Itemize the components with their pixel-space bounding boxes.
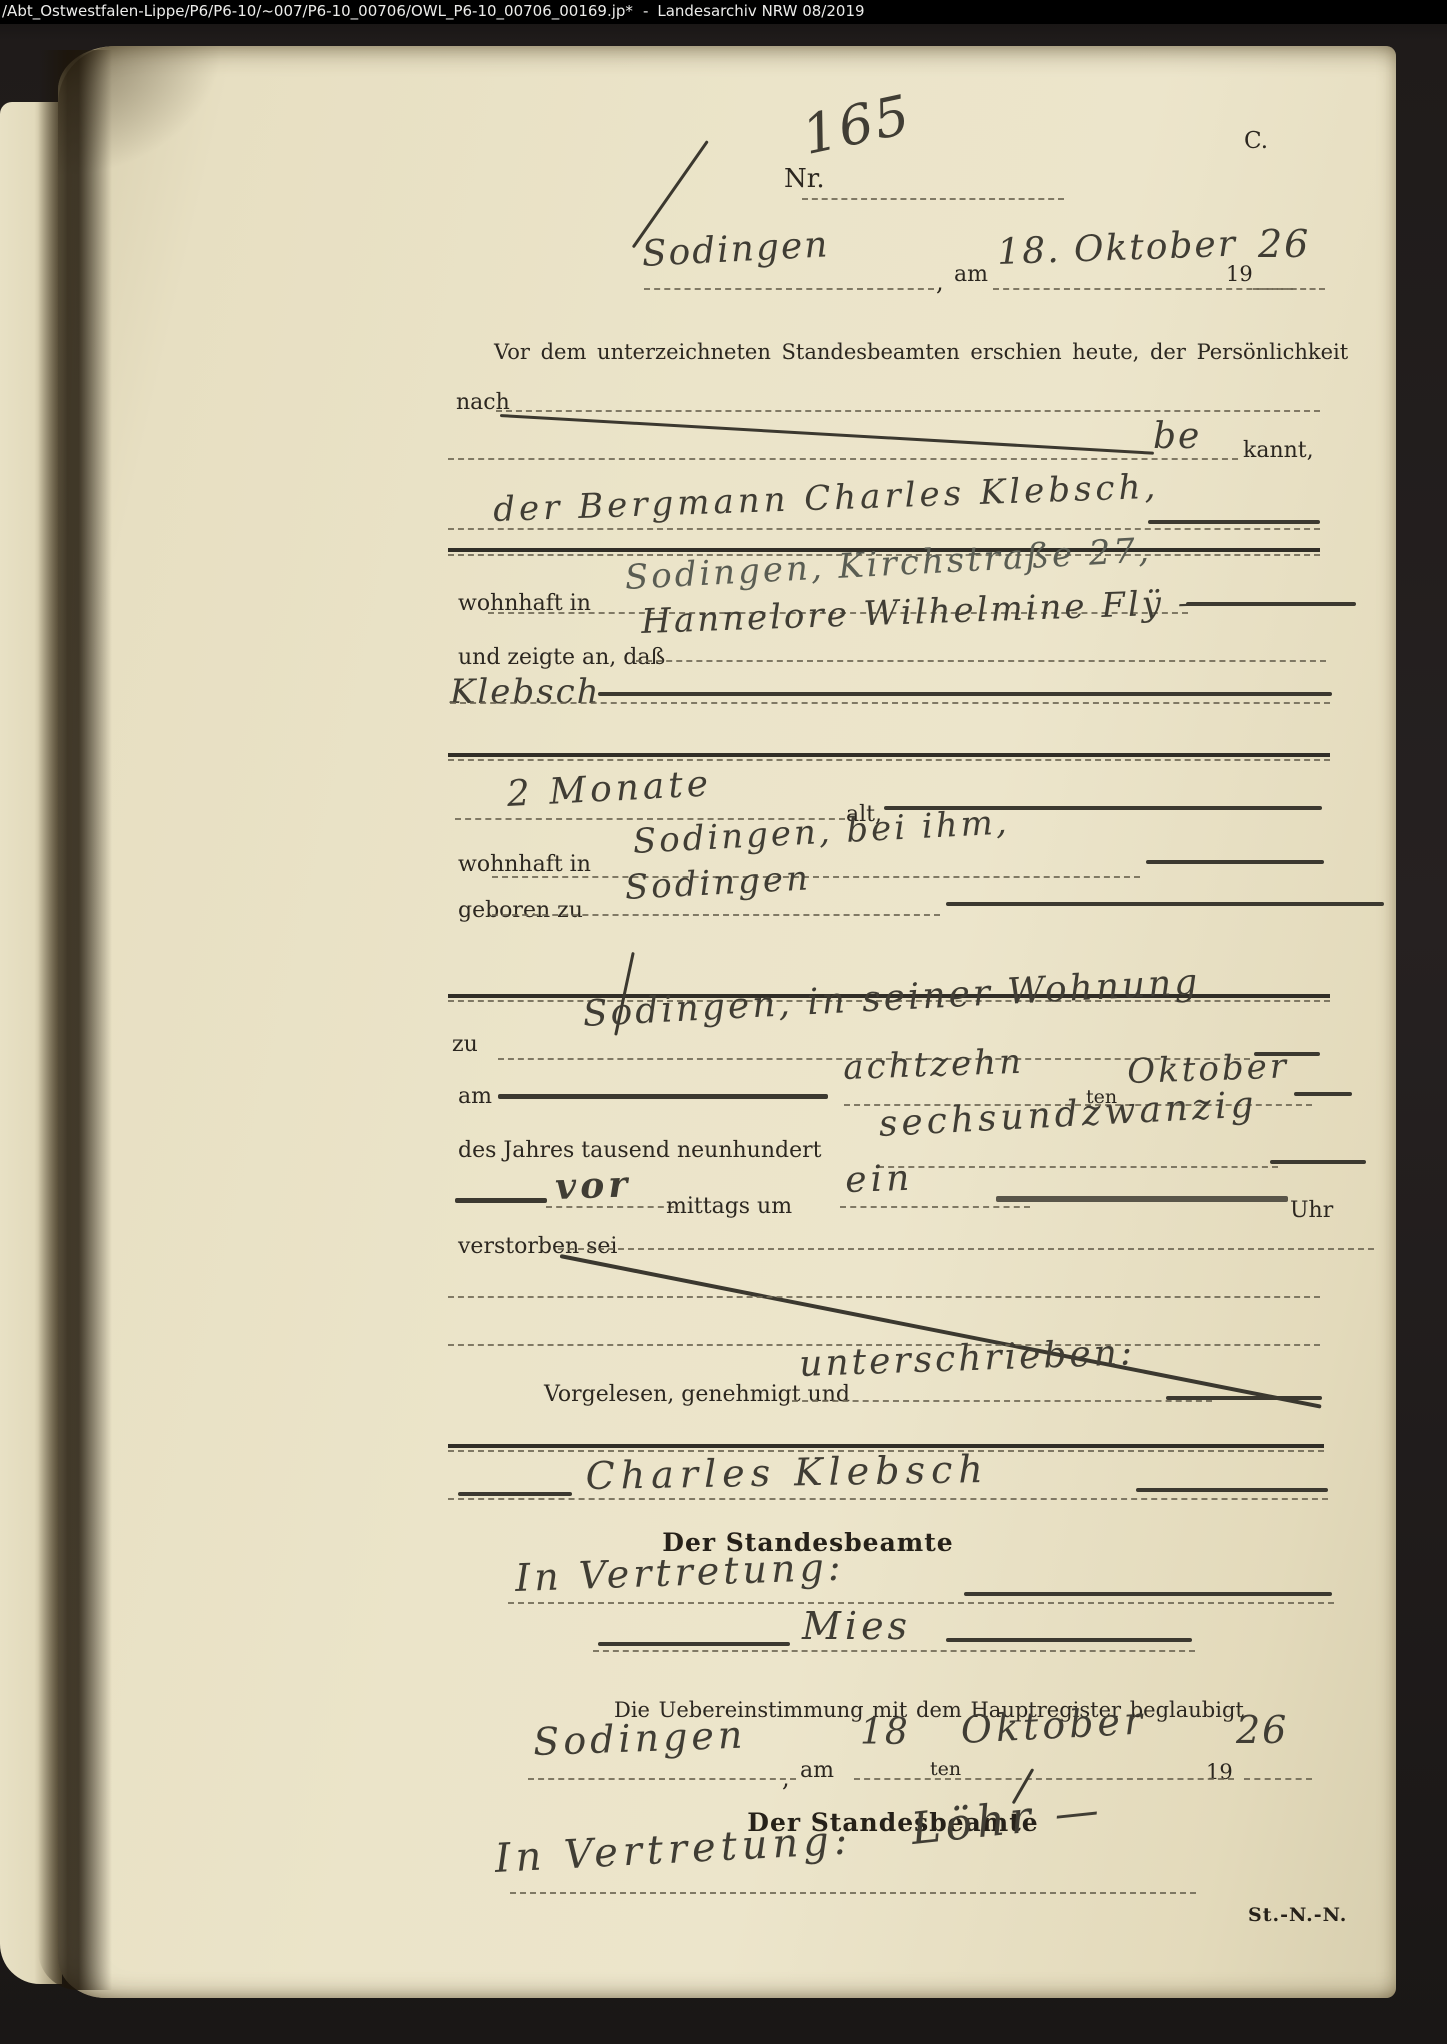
ink-fill-line [458,1492,572,1496]
dashed-line [1253,288,1325,290]
dashed-line [993,288,1293,290]
page-corner-curl [58,46,228,181]
ink-fill-line [1136,1488,1328,1492]
unterschrieben-handwritten: unterschrieben: [799,1332,1136,1385]
ink-fill-line [946,1638,1192,1642]
deceased-name-line2: Klebsch [450,672,601,712]
am2-label: am [458,1084,492,1109]
year-line-label: des Jahres tausend neunhundert [458,1138,821,1163]
bekannt-handwritten-prefix: be [1153,416,1201,457]
dashed-line [508,1602,1334,1604]
zu-label: zu [452,1032,478,1057]
dashed-line [492,876,1140,878]
dashed-line [593,1650,1195,1652]
corner-mark: C. [1244,128,1268,154]
dashed-line [636,660,1326,662]
titlebar: /Abt_Ostwestfalen-Lippe/P6/P6-10/~007/P6… [0,0,1447,24]
ink-fill-line [1148,520,1320,524]
dashed-line [448,1296,1320,1298]
dashed-line [644,288,934,290]
ink-fill-line [964,1592,1332,1596]
dashed-line [496,410,1320,412]
dashed-line [792,1400,1212,1402]
ink-fill-line [1146,860,1324,864]
year-prefix: 19 [1226,262,1253,286]
am-label: am [800,1758,834,1783]
record-number-value: 165 [797,83,917,167]
dashed-line [558,1248,1374,1250]
death-record-page: C. Nr. 165 Sodingen , am 18. Oktober 19 … [58,46,1396,1998]
verstorben-label: verstorben sei [458,1234,617,1259]
certification-year: 26 [1236,1708,1288,1752]
form-abbreviation: St.-N.-N. [1248,1904,1347,1926]
death-year: sechsundzwanzig [878,1084,1259,1145]
zeigte-an-label: und zeigte an, daß [458,645,665,670]
ink-fill-line [1166,1396,1322,1400]
cancellation-stroke [500,414,1154,455]
dashed-line [878,1166,1278,1168]
registration-year: 26 [1258,222,1310,266]
kannt-label: kannt, [1243,438,1314,463]
vorgelesen-label: Vorgelesen, genehmigt und [544,1382,850,1407]
ink-fill-line [1294,1092,1352,1096]
ink-fill-line [1270,1160,1366,1164]
dashed-line [448,528,1320,530]
ink-fill-line [498,1094,828,1099]
dashed-line [528,1778,796,1780]
uhr-label: Uhr [1290,1198,1333,1223]
intro-line: Vor dem unterzeichneten Standesbeamten e… [494,340,1348,364]
mittags-um-label: mittags um [666,1194,792,1219]
death-place: Sodingen, in seiner Wohnung [582,962,1201,1035]
registration-place: Sodingen [641,224,831,275]
titlebar-separator: - [643,2,648,20]
underlying-page-edge [0,102,62,1984]
dashed-line [510,1892,1196,1894]
ten-label: ten [930,1758,961,1780]
archive-label: Landesarchiv NRW 08/2019 [657,2,864,20]
dashed-line [1244,1778,1312,1780]
year-prefix: 19 [1206,1760,1233,1784]
certification-day: 18 [860,1712,910,1753]
death-day: achtzehn [843,1042,1025,1088]
certification-month: Oktober [960,1698,1147,1752]
in-vertretung-handwritten: In Vertretung: [514,1545,845,1600]
ink-fill-line [598,692,1332,696]
geboren-label: geboren zu [458,898,583,923]
death-hour: ein [845,1158,914,1201]
dashed-line [802,198,1064,200]
declarant-name: der Bergmann Charles Klebsch, [493,467,1160,530]
wohnhaft2-label: wohnhaft in [458,852,591,877]
dashed-line [448,1498,1328,1500]
am-label: am [954,262,988,287]
dashed-line [854,1778,1234,1780]
dashed-line [840,1206,1030,1208]
section-rule [448,1444,1324,1448]
ink-fill-line [598,1642,790,1646]
certification-place: Sodingen [532,1713,747,1764]
dashed-line [492,914,940,916]
section-rule [448,753,1330,757]
dashed-line [448,759,1330,761]
dashed-line [448,458,1238,460]
file-path: /Abt_Ostwestfalen-Lippe/P6/P6-10/~007/P6… [2,2,633,20]
ink-fill-line [455,1198,547,1203]
viewer-window: /Abt_Ostwestfalen-Lippe/P6/P6-10/~007/P6… [0,0,1447,2044]
dashed-line [546,1206,674,1208]
dashed-line [450,702,1330,704]
deceased-age: 2 Monate [506,763,713,815]
ink-fill-line [996,1196,1288,1202]
declarant-signature: Charles Klebsch [585,1447,989,1498]
vor-mittags-choice: vor [555,1163,632,1208]
comma: , [936,268,944,296]
deceased-residence: Sodingen, bei ihm, [632,802,1011,862]
death-month: Oktober [1127,1046,1290,1092]
registrar-signature-2: Löhr — [909,1784,1106,1855]
birthplace: Sodingen [624,858,812,908]
in-vertretung-handwritten: In Vertretung: [494,1817,854,1882]
record-number-label: Nr. [784,164,825,194]
registration-date: 18. Oktober [997,224,1238,273]
ink-fill-line [946,902,1384,906]
registrar-signature: Mies [802,1604,911,1648]
